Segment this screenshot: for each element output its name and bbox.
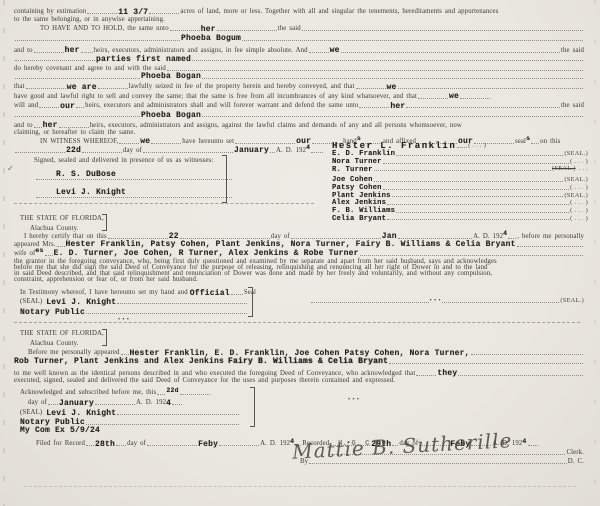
witness-signature-2: Levi J. Knight — [56, 189, 126, 197]
ack2-date-line: day of January A. D. 192 4 — [28, 399, 240, 407]
seal-marker: ( . . . ) — [468, 143, 486, 149]
ack1-date-line: I hereby certify that on this 22 day of … — [24, 233, 584, 241]
seal-marker: (SEAL.) — [560, 298, 584, 304]
dotted-leader — [147, 445, 197, 446]
dotted-leader — [309, 463, 567, 464]
dotted-leader — [311, 302, 429, 303]
left-margin-artifacts — [3, 0, 5, 506]
section-divider — [14, 203, 314, 204]
dotted-leader — [458, 375, 583, 376]
dotted-leader — [26, 88, 66, 89]
form-text: lawfully seized in fee of the property h… — [129, 83, 355, 91]
form-text: Filed for Record — [36, 440, 85, 448]
witness-signature-rule — [36, 197, 232, 198]
dotted-leader — [457, 147, 467, 148]
form-text: will and — [14, 102, 38, 110]
ack1-wives-line: appeared Mrs. Hester Franklin, Patsy Coh… — [14, 241, 584, 249]
signature-row: E. D. Franklin (SEAL.) — [332, 150, 588, 158]
form-text: the said — [561, 102, 584, 110]
dotted-leader — [48, 404, 58, 405]
form-text: day of — [28, 399, 47, 407]
dotted-leader — [119, 143, 139, 144]
deed-line-covenant: do hereby covenant and agree to and with… — [14, 65, 584, 73]
ack1-testimony-line: In Testimony whereof, I have hereunto se… — [20, 289, 250, 297]
fill-pronoun: we — [387, 84, 397, 92]
dotted-leader — [121, 354, 129, 355]
dotted-leader — [170, 30, 200, 31]
dotted-leader — [202, 116, 583, 117]
form-text: , before me personally — [517, 233, 584, 241]
fill-year-digit: 4 — [503, 231, 507, 238]
form-text: TO HAVE AND TO HOLD, the same unto — [40, 25, 169, 33]
form-text: Acknowledged and subscribed before me, t… — [20, 389, 156, 397]
fill-year-digit: 4 — [522, 439, 526, 446]
dotted-leader — [517, 246, 583, 247]
dotted-leader — [396, 212, 569, 213]
dotted-leader — [387, 219, 569, 220]
signature-row: Alex Jenkins ( . . . ) — [332, 199, 588, 207]
fill-wives-names: Hester Franklin, Patsy Cohen, Plant Jenk… — [66, 241, 516, 249]
ack1-state: THE STATE OF FLORIDA, — [20, 215, 104, 223]
form-text: the said — [278, 25, 301, 33]
fill-year-digit: 4 — [306, 145, 310, 152]
form-text: day of — [123, 147, 142, 155]
dotted-leader — [356, 88, 386, 89]
dotted-leader — [392, 196, 564, 197]
signer-name: Nora Turner — [332, 159, 382, 166]
dotted-leader — [242, 40, 583, 41]
dotted-leader — [76, 107, 84, 108]
ack2-body-line-2: executed, signed, sealed and delivered t… — [14, 377, 395, 385]
dotted-leader — [235, 143, 295, 144]
signature-row: Patsy Cohen ( . . . ) — [332, 183, 588, 191]
deed-line-5: and to her heirs, executors, administrat… — [14, 47, 584, 55]
seal-marker-dots: . . . — [579, 166, 588, 172]
dotted-leader — [45, 255, 53, 256]
seal-marker: ( . . . ) — [570, 208, 588, 214]
deed-line-grantee2: Phoeba Bogan — [14, 73, 584, 80]
signer-name: Celia Bryant — [332, 216, 386, 223]
fill-filed-day: 28th — [95, 441, 115, 449]
form-text: to the same belonging, or in anywise app… — [14, 16, 165, 24]
dotted-leader — [86, 313, 247, 314]
scanned-deed-page: containing by estimation 11 3/7 acres of… — [0, 0, 600, 506]
dotted-leader — [39, 107, 59, 108]
deed-line-seisin: that we are lawfully seized in fee of th… — [14, 83, 584, 91]
dotted-leader — [87, 13, 117, 14]
fill-we-are: we are — [67, 84, 97, 92]
dotted-leader — [387, 204, 569, 205]
dotted-leader — [167, 70, 583, 71]
execution-date-line: 22d day of January A. D. 192 4 — [14, 147, 290, 155]
fill-grantor-names-3: Fairy B. Williams & Celia Bryant — [228, 358, 388, 366]
dotted-leader — [34, 52, 64, 53]
dotted-leader — [192, 60, 583, 61]
dotted-leader — [59, 127, 89, 128]
dotted-leader — [291, 238, 381, 239]
fill-grantor-names-2: Rob Turner, Plant Jenkins and Alex Jenki… — [14, 358, 224, 366]
dotted-leader — [217, 30, 277, 31]
fill-pronoun: we — [330, 47, 340, 55]
dotted-leader — [86, 424, 239, 425]
margin-checkmark: ✓ — [7, 165, 14, 173]
ink-dots: • • • — [430, 298, 441, 304]
form-text: A. D. 192 — [473, 233, 503, 241]
dotted-leader — [15, 116, 140, 117]
dotted-leader — [15, 40, 180, 41]
dotted-leader — [360, 255, 583, 256]
fill-pronoun: we — [449, 93, 459, 101]
notary-title: Notary Public — [20, 309, 85, 317]
form-text: Before me personally appeared — [28, 349, 120, 357]
dotted-leader — [460, 98, 490, 99]
fill-grantee-name: Phoeba Bogan — [141, 73, 201, 81]
deputy-clerk-label: D. C. — [568, 458, 584, 466]
fill-day: 22d — [66, 147, 81, 155]
ack1-county: Alachua County. — [30, 225, 79, 233]
signature-row: R. Turner (SEAL.) . . . — [332, 165, 588, 173]
deed-line-2: to the same belonging, or in anywise app… — [14, 16, 584, 24]
fill-filed-month: Feby — [198, 441, 218, 449]
dotted-leader — [270, 152, 275, 153]
fill-pronoun: her — [201, 26, 216, 34]
grantor-signature-column: Hester L. Franklin ( . . . ) E. D. Frank… — [332, 142, 588, 222]
dotted-leader — [98, 88, 128, 89]
dotted-leader — [374, 181, 564, 182]
signer-name: R. Turner — [332, 167, 373, 174]
fill-official: Official — [190, 290, 230, 298]
ack1-notary-title: Notary Public — [20, 309, 248, 316]
ack2-names-line-2: Rob Turner, Plant Jenkins and Alex Jenki… — [14, 358, 584, 365]
dotted-leader — [398, 88, 583, 89]
signature-row: Hester L. Franklin ( . . . ) — [332, 142, 588, 150]
ack2-county: Alachua County. — [30, 340, 79, 348]
deed-line-warranty: will and our heirs, executors and admini… — [14, 102, 584, 110]
dotted-leader — [219, 445, 259, 446]
form-text: I hereby certify that on this — [24, 233, 107, 241]
ack1-body-4: constraint, apprehension or fear of, or … — [14, 276, 198, 284]
dotted-leader — [528, 445, 538, 446]
signature-row: Plant Jenkins (SEAL.) — [332, 191, 588, 199]
dotted-leader — [34, 127, 42, 128]
form-text: heirs, executors, administrators and ass… — [94, 47, 308, 55]
dotted-leader — [508, 238, 516, 239]
ack2-acknowledged-line: Acknowledged and subscribed before me, t… — [20, 389, 250, 397]
dotted-leader — [172, 404, 182, 405]
witness-signature-rule — [36, 179, 232, 180]
fill-parties-first-named: parties first named — [96, 56, 191, 64]
form-text: day of — [127, 440, 146, 448]
dotted-leader — [418, 98, 448, 99]
form-text: heirs, executors and administrators shal… — [85, 102, 358, 110]
notary-name: Levi J. Knight — [46, 410, 116, 418]
seal-marker: (SEAL.) — [564, 151, 588, 157]
deed-line-grantee1: Phoeba Bogum — [14, 35, 584, 42]
form-text: and to — [14, 47, 33, 55]
dotted-leader — [311, 152, 323, 153]
dotted-leader — [374, 170, 551, 171]
witness-signature-1: R. S. DuBose — [56, 171, 116, 179]
fill-pronoun: we — [140, 138, 150, 146]
ack2-state: THE STATE OF FLORIDA, — [20, 330, 104, 338]
deed-line-parties: parties first named — [14, 56, 584, 63]
dotted-leader — [15, 60, 95, 61]
fill-grantee-name: Phoeba Bogum — [181, 35, 241, 43]
signature-row: Nora Turner ( . . . ) — [332, 157, 588, 165]
dotted-leader — [341, 52, 560, 53]
ink-dots: • • • — [348, 397, 359, 403]
dotted-leader — [231, 294, 243, 295]
dotted-leader — [383, 163, 569, 164]
deed-line-habendum: TO HAVE AND TO HOLD, the same unto her t… — [40, 25, 584, 33]
dotted-leader — [151, 143, 181, 144]
dotted-leader — [180, 238, 270, 239]
form-text: have good and lawful right to sell and c… — [14, 93, 417, 101]
ack2-appeared-line: Before me personally appeared Hester Fra… — [28, 349, 584, 357]
dotted-leader — [302, 30, 583, 31]
witness-caption: Signed, sealed and delivered in presence… — [34, 157, 213, 165]
right-margin-artifacts — [594, 0, 596, 506]
signature-row: Joe Cohen (SEAL.) — [332, 176, 588, 184]
notary-name: Levi J. Knight — [46, 299, 116, 307]
ack1-notary-signature: (SEAL) Levi J. Knight — [20, 298, 248, 306]
dotted-leader — [471, 354, 583, 355]
seal-marker: ( . . . ) — [570, 185, 588, 191]
seal-marker: ( . . . ) — [570, 200, 588, 206]
dotted-leader — [149, 13, 179, 14]
form-text: that — [14, 83, 25, 91]
dotted-leader — [116, 445, 126, 446]
dotted-leader — [57, 246, 65, 247]
dotted-leader — [143, 152, 233, 153]
dotted-leader — [82, 152, 122, 153]
fill-month: January — [59, 400, 94, 408]
dotted-leader — [389, 363, 583, 364]
form-text: A. D. 192 — [136, 399, 166, 407]
dotted-leader — [309, 52, 329, 53]
seal-marker: (SEAL.) — [564, 193, 588, 199]
dotted-leader — [95, 404, 135, 405]
ack2-notary-signature: (SEAL) Levi J. Knight — [20, 409, 240, 417]
venue-bracket — [102, 329, 107, 346]
seal-marker: (SEAL.) — [564, 177, 588, 183]
dotted-leader — [86, 445, 94, 446]
form-text: have hereunto set — [182, 138, 234, 146]
fill-pronoun: our — [60, 103, 75, 111]
dotted-leader — [108, 238, 168, 239]
deed-line-grantee3: Phoeba Bogan — [14, 112, 584, 119]
clerk-label: Clerk. — [566, 449, 584, 457]
dotted-leader — [180, 394, 210, 395]
form-text: A. D. 192 — [276, 147, 306, 155]
bottom-artifact-line — [24, 486, 576, 487]
seal-marker: ( . . . ) — [570, 159, 588, 165]
dotted-leader — [398, 238, 472, 239]
form-text: wife of — [14, 250, 35, 258]
section-divider — [14, 322, 580, 323]
dotted-leader — [396, 155, 563, 156]
fill-month: January — [234, 147, 269, 155]
ack2-notary-title: Notary Public — [20, 419, 240, 426]
signature-row: F. B. Williams ( . . . ) — [332, 207, 588, 215]
signature-row: Celia Bryant ( . . . ) — [332, 214, 588, 222]
ack1-husbands-line: wife of es E. D. Turner, Joe Cohen, R Tu… — [14, 250, 584, 258]
form-text: IN WITNESS WHEREOF, — [40, 138, 118, 146]
notary-bracket — [248, 287, 253, 317]
dotted-leader — [15, 152, 65, 153]
fill-they: they — [437, 370, 457, 378]
form-text: the said — [561, 47, 584, 55]
ack1-right-seal-line: • • • (SEAL.) — [310, 298, 584, 304]
dotted-leader — [157, 394, 165, 395]
seal-marker-struck: (SEAL.) — [552, 166, 576, 172]
fill-plural-es: es — [35, 248, 43, 255]
deed-line-14: claiming, or hereafter to claim the same… — [14, 129, 584, 137]
fill-year-digit: 4 — [166, 400, 171, 408]
form-text: A. D. 192 — [260, 440, 290, 448]
commission-expiry: My Com Ex 5/9/24 — [20, 427, 100, 435]
dotted-leader — [416, 375, 436, 376]
seal-marker: ( . . . ) — [570, 216, 588, 222]
dotted-leader — [359, 107, 389, 108]
deed-line-10: have good and lawful right to sell and c… — [14, 93, 584, 101]
fill-day: 22d — [166, 388, 178, 395]
form-text: day of — [271, 233, 290, 241]
fill-pronoun: her — [390, 103, 405, 111]
dotted-leader — [383, 189, 569, 190]
form-text: In Testimony whereof, I have hereunto se… — [20, 289, 188, 297]
fill-pronoun: her — [65, 47, 80, 55]
dotted-leader — [406, 107, 560, 108]
seal-label: (SEAL) — [20, 409, 42, 417]
dotted-leader — [117, 414, 239, 415]
dotted-leader — [202, 78, 583, 79]
fill-grantee-name: Phoeba Bogan — [141, 112, 201, 120]
seal-label: (SEAL) — [20, 298, 42, 306]
dotted-leader — [81, 52, 93, 53]
dotted-leader — [15, 78, 140, 79]
venue-bracket — [102, 214, 107, 231]
notary-bracket — [250, 387, 255, 427]
dotted-leader — [117, 303, 247, 304]
dotted-leader — [442, 302, 560, 303]
form-text: claiming, or hereafter to claim the same… — [14, 129, 135, 137]
